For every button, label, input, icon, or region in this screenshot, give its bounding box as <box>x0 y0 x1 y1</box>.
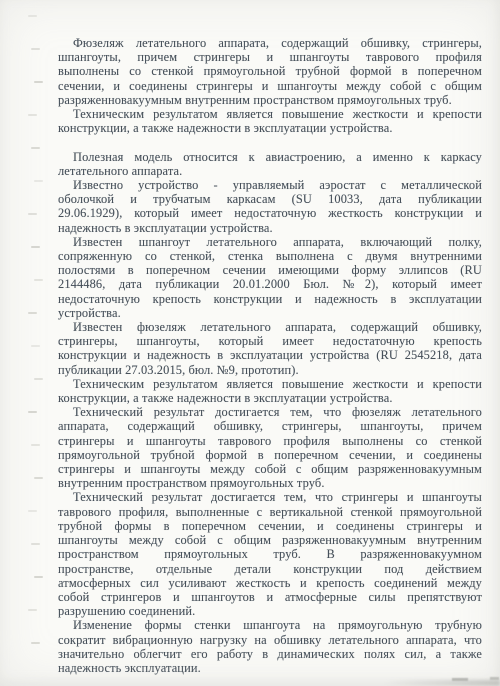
scan-artifact-dash <box>34 378 43 380</box>
text-line: Техническим результатом является повышен… <box>58 377 482 391</box>
text-line: надежность эксплуатации. <box>58 661 482 675</box>
scan-artifact-dash <box>31 246 40 248</box>
text-line: разряженновакуумным внутренним пространс… <box>58 93 482 107</box>
paragraph: Техническим результатом является повышен… <box>58 377 482 405</box>
text-line: прямоугольной трубной формой в поперечно… <box>58 448 482 462</box>
scan-artifact-dash <box>490 677 499 680</box>
text-line: Известен шпангоут летательного аппарата,… <box>58 235 482 249</box>
paragraph: Технический результат достигается тем, ч… <box>58 405 482 490</box>
text-line: оболочкой и трубчатым каркасам (SU 10033… <box>58 192 482 206</box>
text-line: пространстве, отдельные детали конструкц… <box>58 562 482 576</box>
scan-artifact-dash <box>28 609 37 611</box>
scanned-page: Фюзеляж летательного аппарата, содержащи… <box>0 0 500 686</box>
scan-artifact-dash <box>28 510 37 512</box>
text-line: полостями в поперечном сечении имеющими … <box>58 263 482 277</box>
text-line: внутренним пространством прямоугольных т… <box>58 476 482 490</box>
text-line: Известно устройство - управляемый аэрост… <box>58 178 482 192</box>
text-line: публикации 27.03.2015, бюл. №9, прототип… <box>58 363 482 377</box>
paragraph: Известен фюзеляж летательного аппарата, … <box>58 320 482 377</box>
paragraph: Техническим результатом является повышен… <box>58 107 482 135</box>
scan-artifact-dash <box>31 345 40 347</box>
paragraph: Полезная модель относится к авиастроению… <box>58 150 482 178</box>
text-line: устройства. <box>58 306 482 320</box>
scan-artifact-dash <box>452 678 468 681</box>
scan-artifact-dash <box>31 48 40 50</box>
paragraph: Технический результат достигается тем, ч… <box>58 490 482 618</box>
text-line: сопряженную со стенкой, стенка выполнена… <box>58 249 482 263</box>
text-line: Полезная модель относится к авиастроению… <box>58 150 482 164</box>
text-line: Технический результат достигается тем, ч… <box>58 490 482 504</box>
text-line: значительно облегчит его работу в динами… <box>58 647 482 661</box>
text-line: Технический результат достигается тем, ч… <box>58 405 482 419</box>
text-line: собой стрингеров и шпангоутов и атмосфер… <box>58 590 482 604</box>
document-text: Фюзеляж летательного аппарата, содержащи… <box>58 36 482 675</box>
scan-artifact-dash <box>28 15 37 17</box>
text-line: стрингеры и шпангоуты между собой с общи… <box>58 462 482 476</box>
paragraph: Известно устройство - управляемый аэрост… <box>58 178 482 235</box>
text-line: шпангоуты, причем стрингеры и шпангоуты … <box>58 50 482 64</box>
text-line: таврового профиля, выполненные с вертика… <box>58 505 482 519</box>
text-line: Фюзеляж летательного аппарата, содержащи… <box>58 36 482 50</box>
text-line: летательного аппарата. <box>58 164 482 178</box>
paragraph: Известен шпангоут летательного аппарата,… <box>58 235 482 320</box>
text-line: атмосферных сил усиливают жесткость и кр… <box>58 576 482 590</box>
text-line: разрушению соединений. <box>58 604 482 618</box>
text-line: сократит вибрационную нагрузку на обшивк… <box>58 633 482 647</box>
text-line: 29.06.1929), который имеет недостаточную… <box>58 206 482 220</box>
scan-artifact-dash <box>31 543 40 545</box>
text-line: Техническим результатом является повышен… <box>58 107 482 121</box>
text-line: конструкции, а также надежности в эксплу… <box>58 121 482 135</box>
scan-smudge-bottom <box>385 680 500 686</box>
scan-artifact-dash <box>34 279 43 281</box>
scan-artifact-dash <box>28 411 37 413</box>
text-line: аппарата, содержащий обшивку, стрингеры,… <box>58 419 482 433</box>
scan-artifact-dash <box>31 444 40 446</box>
text-line: конструкции и надежность в эксплуатации … <box>58 348 482 362</box>
paragraph: Фюзеляж летательного аппарата, содержащи… <box>58 36 482 107</box>
scan-artifact-dash <box>34 81 43 83</box>
text-line: стрингеры, шпангоуты, который имеет недо… <box>58 334 482 348</box>
scan-artifact-dash <box>34 180 43 182</box>
scan-artifact-dash <box>34 576 43 578</box>
scan-artifact-dash <box>31 147 40 149</box>
scan-artifact-dash <box>28 114 37 116</box>
text-line: пространством прямоугольных труб. В разр… <box>58 547 482 561</box>
text-line: надежность в эксплуатации устройства. <box>58 221 482 235</box>
text-line: Изменение формы стенки шпангоута на прям… <box>58 618 482 632</box>
text-line: 2144486, дата публикации 20.01.2000 Бюл.… <box>58 277 482 291</box>
text-line: сечении, и соединены стрингеры и шпангоу… <box>58 79 482 93</box>
text-line: шпангоуты между собой с общим разряженно… <box>58 533 482 547</box>
paragraph: Изменение формы стенки шпангоута на прям… <box>58 618 482 675</box>
text-line: выполнены со стенкой прямоугольной трубн… <box>58 64 482 78</box>
scan-artifact-dash <box>28 213 37 215</box>
text-line: стрингеры и шпангоуты таврового профиля … <box>58 434 482 448</box>
text-line: трубной формы в поперечном сечении, и со… <box>58 519 482 533</box>
text-line: конструкции, а также надежности в эксплу… <box>58 391 482 405</box>
scan-artifact-dash <box>34 477 43 479</box>
scan-artifact-dash <box>28 312 37 314</box>
text-line: Известен фюзеляж летательного аппарата, … <box>58 320 482 334</box>
scan-artifact-dash <box>31 642 40 644</box>
text-line: недостаточную крепость конструкции и над… <box>58 292 482 306</box>
